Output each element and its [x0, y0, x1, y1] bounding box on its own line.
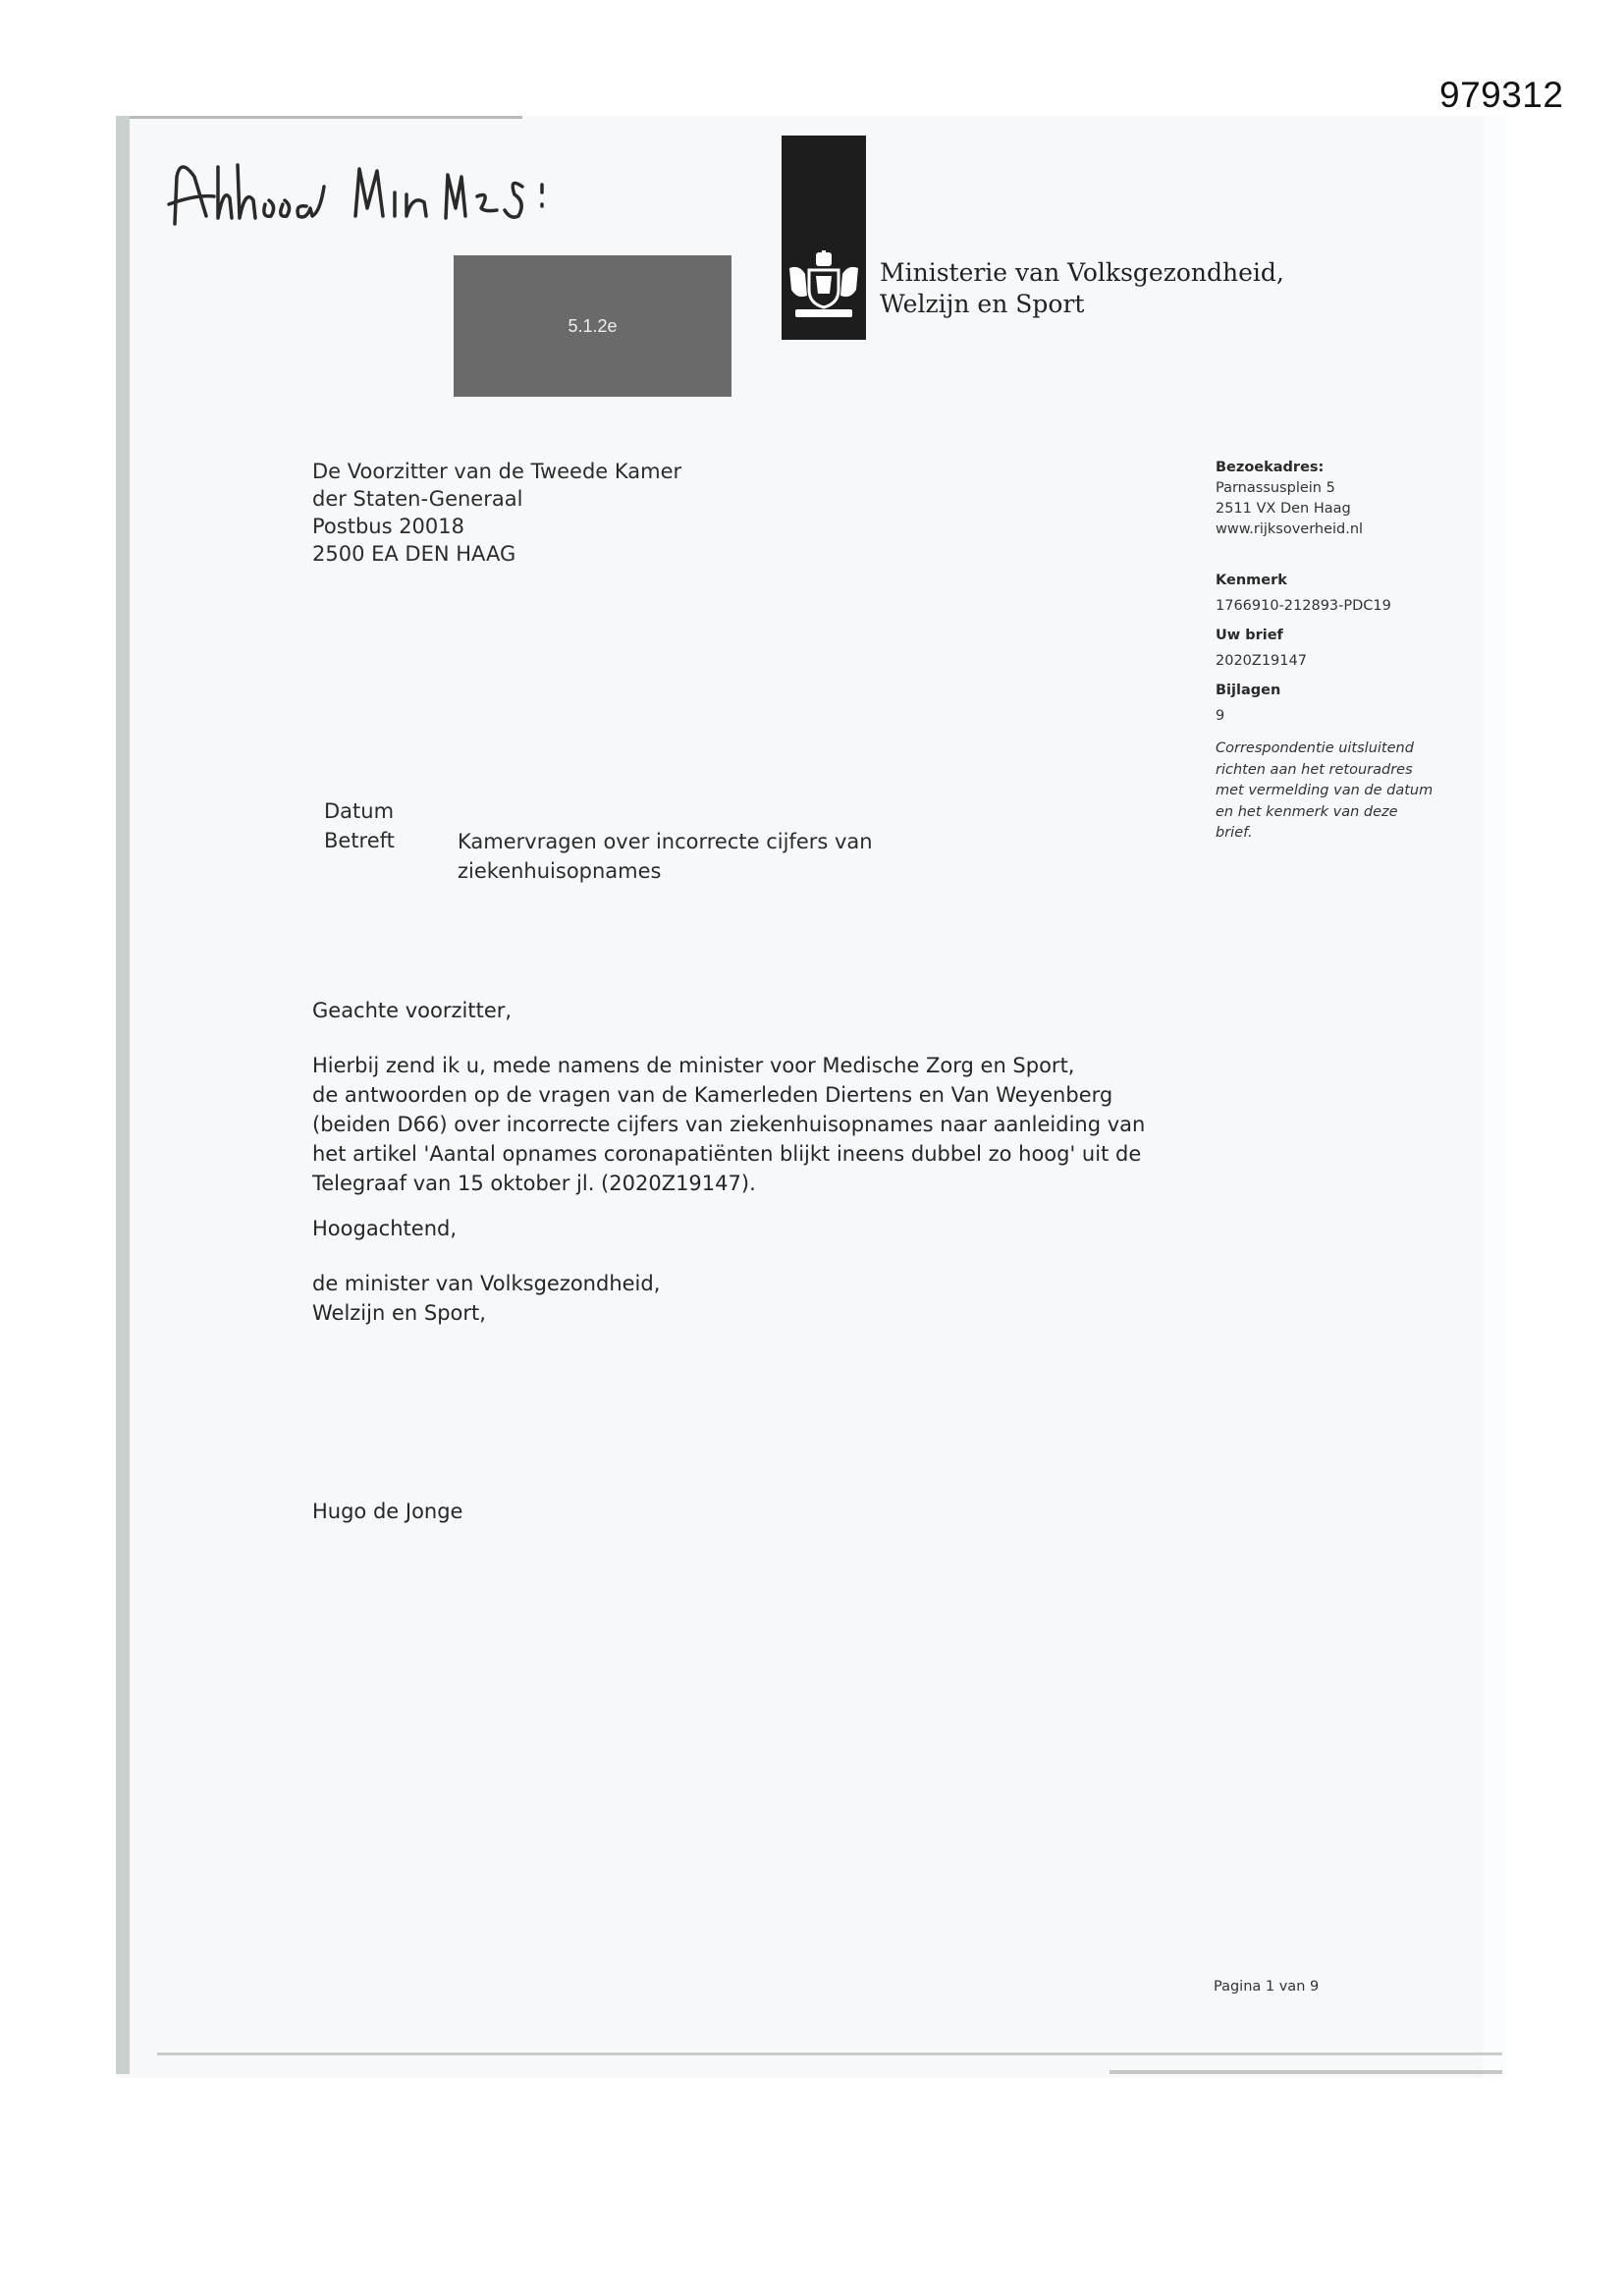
subject-label: Betreft	[324, 827, 395, 854]
letter-sidebar: Bezoekadres: Parnassusplein 5 2511 VX De…	[1216, 458, 1471, 845]
recipient-line: De Voorzitter van de Tweede Kamer	[312, 458, 681, 485]
scan-edge	[157, 2052, 1502, 2055]
your-letter-value: 2020Z19147	[1216, 650, 1471, 672]
closing: Hoogachtend,	[312, 1214, 457, 1243]
attachments-label: Bijlagen	[1216, 680, 1471, 701]
attachments-value: 9	[1216, 705, 1471, 727]
visit-address-line: Parnassusplein 5	[1216, 478, 1471, 499]
subject-value: Kamervragen over incorrecte cijfers van …	[458, 827, 909, 886]
recipient-line: Postbus 20018	[312, 513, 681, 540]
reference-value: 1766910-212893-PDC19	[1216, 595, 1471, 617]
scan-edge	[130, 116, 522, 119]
handwritten-annotation: Alhoaal Min MZS!	[167, 147, 717, 236]
document-number: 979312	[1439, 75, 1563, 116]
visit-address-label: Bezoekadres:	[1216, 458, 1471, 478]
reference-label: Kenmerk	[1216, 570, 1471, 591]
body-paragraph: Hierbij zend ik u, mede namens de minist…	[312, 1051, 1196, 1198]
signatory-name: Hugo de Jonge	[312, 1497, 462, 1526]
your-letter-label: Uw brief	[1216, 625, 1471, 646]
recipient-line: 2500 EA DEN HAAG	[312, 540, 681, 568]
scan-edge	[1110, 2070, 1502, 2074]
recipient-line: der Staten-Generaal	[312, 485, 681, 513]
redaction-label: 5.1.2e	[568, 316, 617, 337]
recipient-address: De Voorzitter van de Tweede Kamer der St…	[312, 458, 681, 568]
scan-shade	[1483, 116, 1506, 2078]
ministry-name: Ministerie van Volksgezondheid, Welzijn …	[880, 257, 1284, 320]
website-link[interactable]: www.rijksoverheid.nl	[1216, 519, 1471, 540]
rijkswapen-crest-icon	[785, 250, 862, 325]
signatory-title: de minister van Volksgezondheid, Welzijn…	[312, 1269, 660, 1328]
redaction-box: 5.1.2e	[454, 255, 731, 397]
date-label: Datum	[324, 797, 394, 825]
page-indicator: Pagina 1 van 9	[1214, 1979, 1319, 1995]
scan-edge	[116, 116, 130, 2074]
correspondence-note: Correspondentie uitsluitend richten aan …	[1216, 738, 1471, 845]
visit-address-line: 2511 VX Den Haag	[1216, 499, 1471, 519]
salutation: Geachte voorzitter,	[312, 996, 512, 1025]
